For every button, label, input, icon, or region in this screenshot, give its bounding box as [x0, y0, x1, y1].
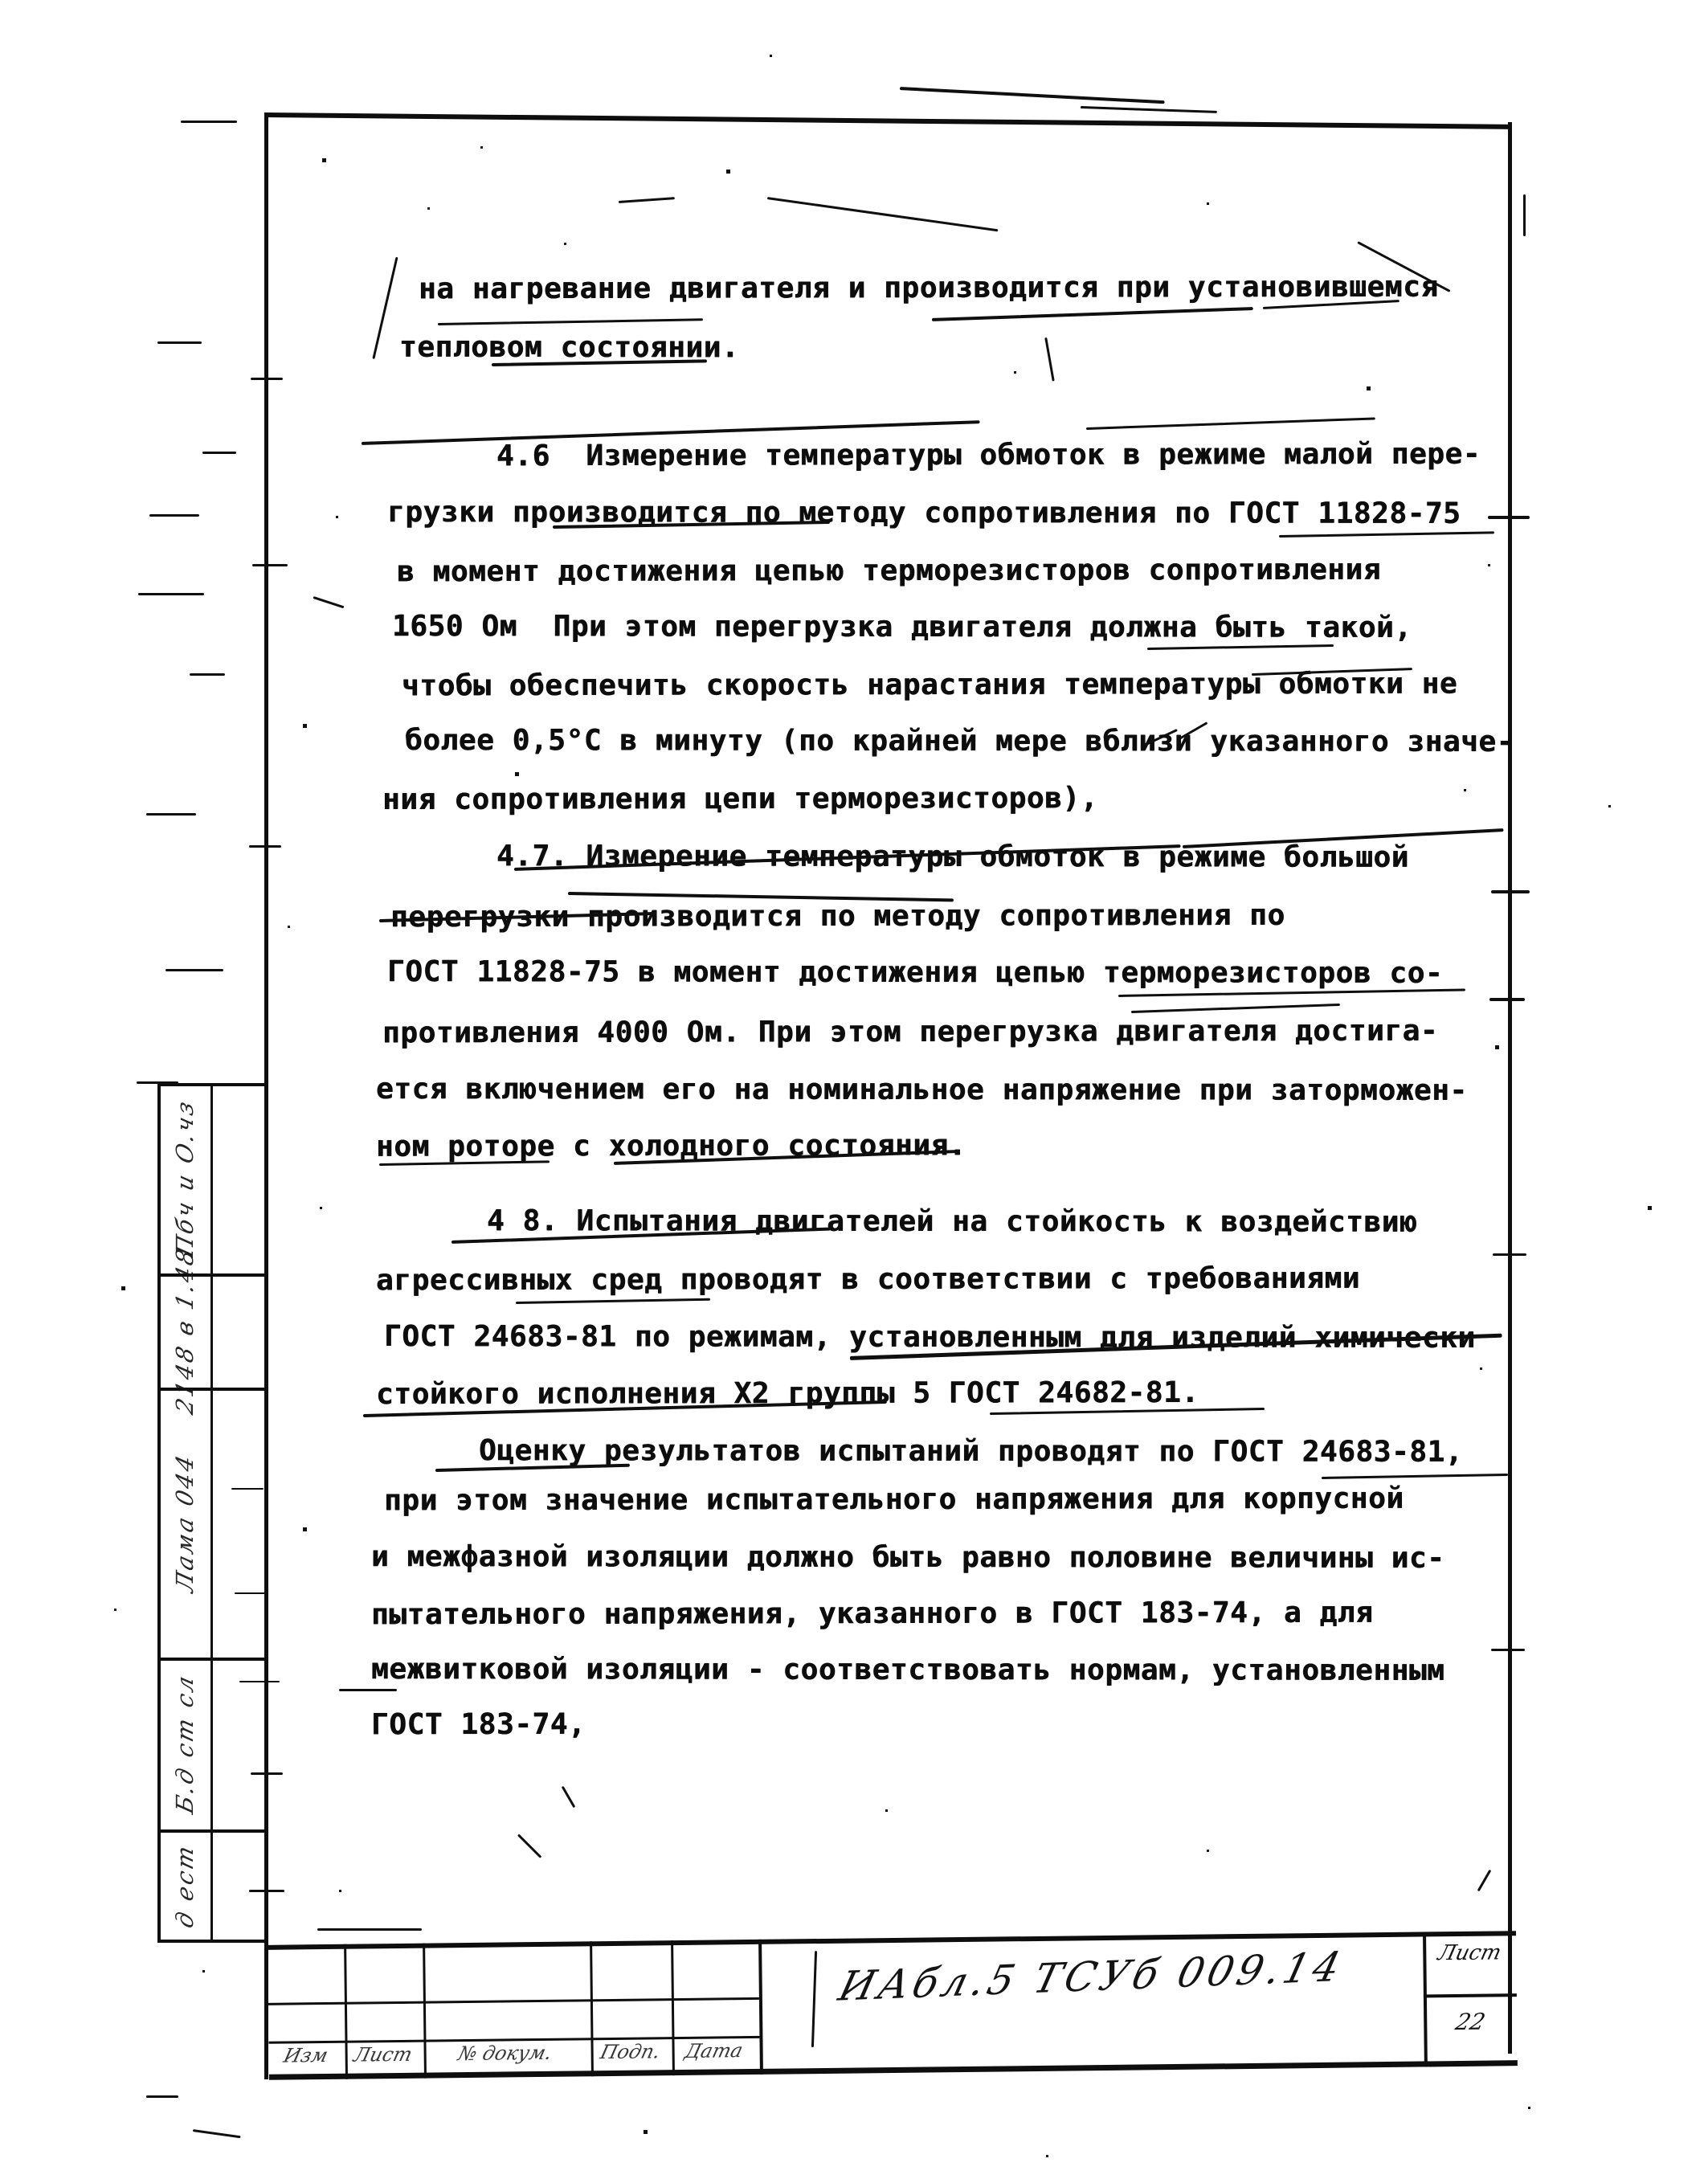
body-text-line: при этом значение испытательного напряже… — [384, 1482, 1404, 1518]
scan-stroke — [1322, 1474, 1508, 1479]
body-text-line: межвитковой изоляции - соответствовать н… — [371, 1653, 1444, 1687]
margin-row-line — [157, 1940, 268, 1943]
body-text-line: 4.6 Измерение температуры обмоток в режи… — [496, 438, 1481, 473]
margin-divider — [210, 1083, 213, 1943]
scan-stroke — [1044, 337, 1055, 382]
frame-right-border — [1508, 122, 1512, 2054]
sheet-number-handwritten: 22 — [1420, 2008, 1520, 2035]
scan-stroke — [1491, 890, 1530, 893]
margin-row-line — [157, 1829, 268, 1833]
scan-stroke — [1489, 998, 1525, 1001]
scan-stroke — [1493, 1253, 1526, 1256]
stamp-column-label: Подп. — [598, 2040, 662, 2063]
body-text-line: на нагревание двигателя и производится п… — [419, 271, 1439, 306]
body-text-line: в момент достижения цепью терморезисторо… — [397, 554, 1381, 589]
scan-stroke — [767, 197, 999, 231]
scan-stroke — [1491, 1649, 1525, 1651]
scan-stroke — [190, 673, 225, 676]
stamp-column-label: Лист — [351, 2043, 414, 2066]
body-text-line: ном роторе с холодного состояния. — [376, 1129, 966, 1163]
margin-handwriting: Б.д ст сл — [171, 1670, 198, 1816]
scan-stroke — [1086, 417, 1375, 430]
body-text-line: 1650 Ом При этом перегрузка двигателя до… — [392, 610, 1412, 644]
scan-stroke — [1523, 194, 1526, 236]
scan-stroke — [146, 2095, 178, 2098]
scan-stroke — [516, 1298, 710, 1304]
scan-stroke — [193, 2129, 241, 2138]
scan-stroke — [932, 307, 1253, 321]
margin-right-border — [265, 1083, 268, 1943]
body-text-line: 4.7. Измерение температуры обмоток в реж… — [496, 840, 1409, 874]
body-text-line: более 0,5°С в минуту (по крайней мере вб… — [405, 724, 1514, 758]
scan-stroke — [149, 514, 199, 517]
scan-stroke — [313, 596, 345, 608]
scan-stroke — [157, 341, 202, 344]
stamp-grid-line — [590, 1941, 594, 2076]
scan-stroke — [202, 452, 236, 454]
stamp-row-line — [268, 1997, 759, 2005]
scan-stroke — [1488, 516, 1530, 519]
scan-stroke — [1279, 531, 1494, 538]
scan-stroke — [317, 1928, 422, 1931]
scan-stroke — [1477, 1870, 1492, 1891]
body-text-line: ГОСТ 24683-81 по режимам, установленным … — [384, 1320, 1476, 1355]
body-text-line: ГОСТ 11828-75 в момент достижения цепью … — [387, 955, 1443, 990]
scan-stroke — [900, 87, 1165, 104]
stamp-grid-line — [344, 1944, 348, 2079]
body-text-line: пытательного напряжения, указанного в ГО… — [371, 1596, 1373, 1632]
scanned-document-page: на нагревание двигателя и производится п… — [0, 0, 1708, 2183]
scan-stroke — [165, 969, 223, 971]
scan-stroke — [235, 1592, 267, 1594]
scan-stroke — [146, 813, 196, 816]
scan-stroke — [562, 1786, 576, 1808]
body-text-line: грузки производится по методу сопротивле… — [387, 496, 1461, 530]
scan-stroke — [372, 257, 398, 359]
sheet-label-handwritten: Лист — [1420, 1940, 1519, 1965]
scan-stroke — [438, 318, 703, 325]
scan-stroke — [231, 1488, 264, 1490]
margin-handwriting: Пбч и О.чз — [171, 1096, 198, 1259]
stamp-column-label: Изм — [281, 2044, 330, 2067]
scan-stroke — [181, 121, 237, 123]
scan-stroke — [619, 197, 675, 203]
scan-stroke — [251, 1772, 283, 1775]
left-margin-block: Пбч и О.чз2148 в 1.48Лама 044Б.д ст слд … — [157, 1083, 268, 1943]
margin-row-line — [157, 1658, 268, 1661]
stamp-column-label: № докум. — [456, 2042, 554, 2065]
body-text-line: ния сопротивления цепи терморезисторов), — [382, 782, 1098, 816]
scan-stroke — [138, 593, 204, 595]
scan-stroke — [1118, 988, 1465, 997]
margin-handwriting: Лама 044 — [171, 1450, 198, 1595]
scan-stroke — [339, 1689, 397, 1691]
scan-stroke — [249, 1890, 284, 1892]
title-block-stamp: ИАбл.5 ТСУб 009.14 Лист 22 ИзмЛист№ доку… — [268, 1931, 1518, 2080]
body-text-line: агрессивных сред проводят в соответствии… — [376, 1262, 1360, 1298]
scan-stroke — [517, 1833, 541, 1858]
scan-stroke — [1131, 1004, 1340, 1013]
document-designation-handwritten: ИАбл.5 ТСУб 009.14 — [761, 1940, 1423, 2013]
stamp-row-line — [1424, 1993, 1517, 1997]
margin-handwriting: д ест — [171, 1841, 198, 1931]
scan-stroke — [1081, 106, 1217, 113]
margin-left-border — [157, 1083, 161, 1943]
scan-stroke — [1147, 644, 1334, 650]
scan-stroke — [251, 378, 283, 380]
scan-speckles — [0, 0, 2, 2]
stamp-grid-line — [671, 1940, 675, 2075]
stamp-column-label: Дата — [683, 2039, 746, 2062]
body-text-line: ется включением его на номинальное напря… — [376, 1073, 1468, 1107]
margin-handwriting: 2148 в 1.48 — [171, 1244, 198, 1416]
scan-stroke — [239, 1681, 280, 1682]
frame-top-border — [264, 112, 1512, 129]
body-text-line: ГОСТ 183-74, — [371, 1708, 586, 1742]
stamp-grid-line — [423, 1944, 427, 2079]
scan-stroke — [137, 1081, 178, 1084]
body-text-line: и межфазной изоляции должно быть равно п… — [371, 1540, 1444, 1575]
scan-stroke — [252, 564, 288, 566]
body-text-line: противления 4000 Ом. При этом перегрузка… — [382, 1015, 1438, 1050]
scan-stroke — [249, 845, 281, 848]
